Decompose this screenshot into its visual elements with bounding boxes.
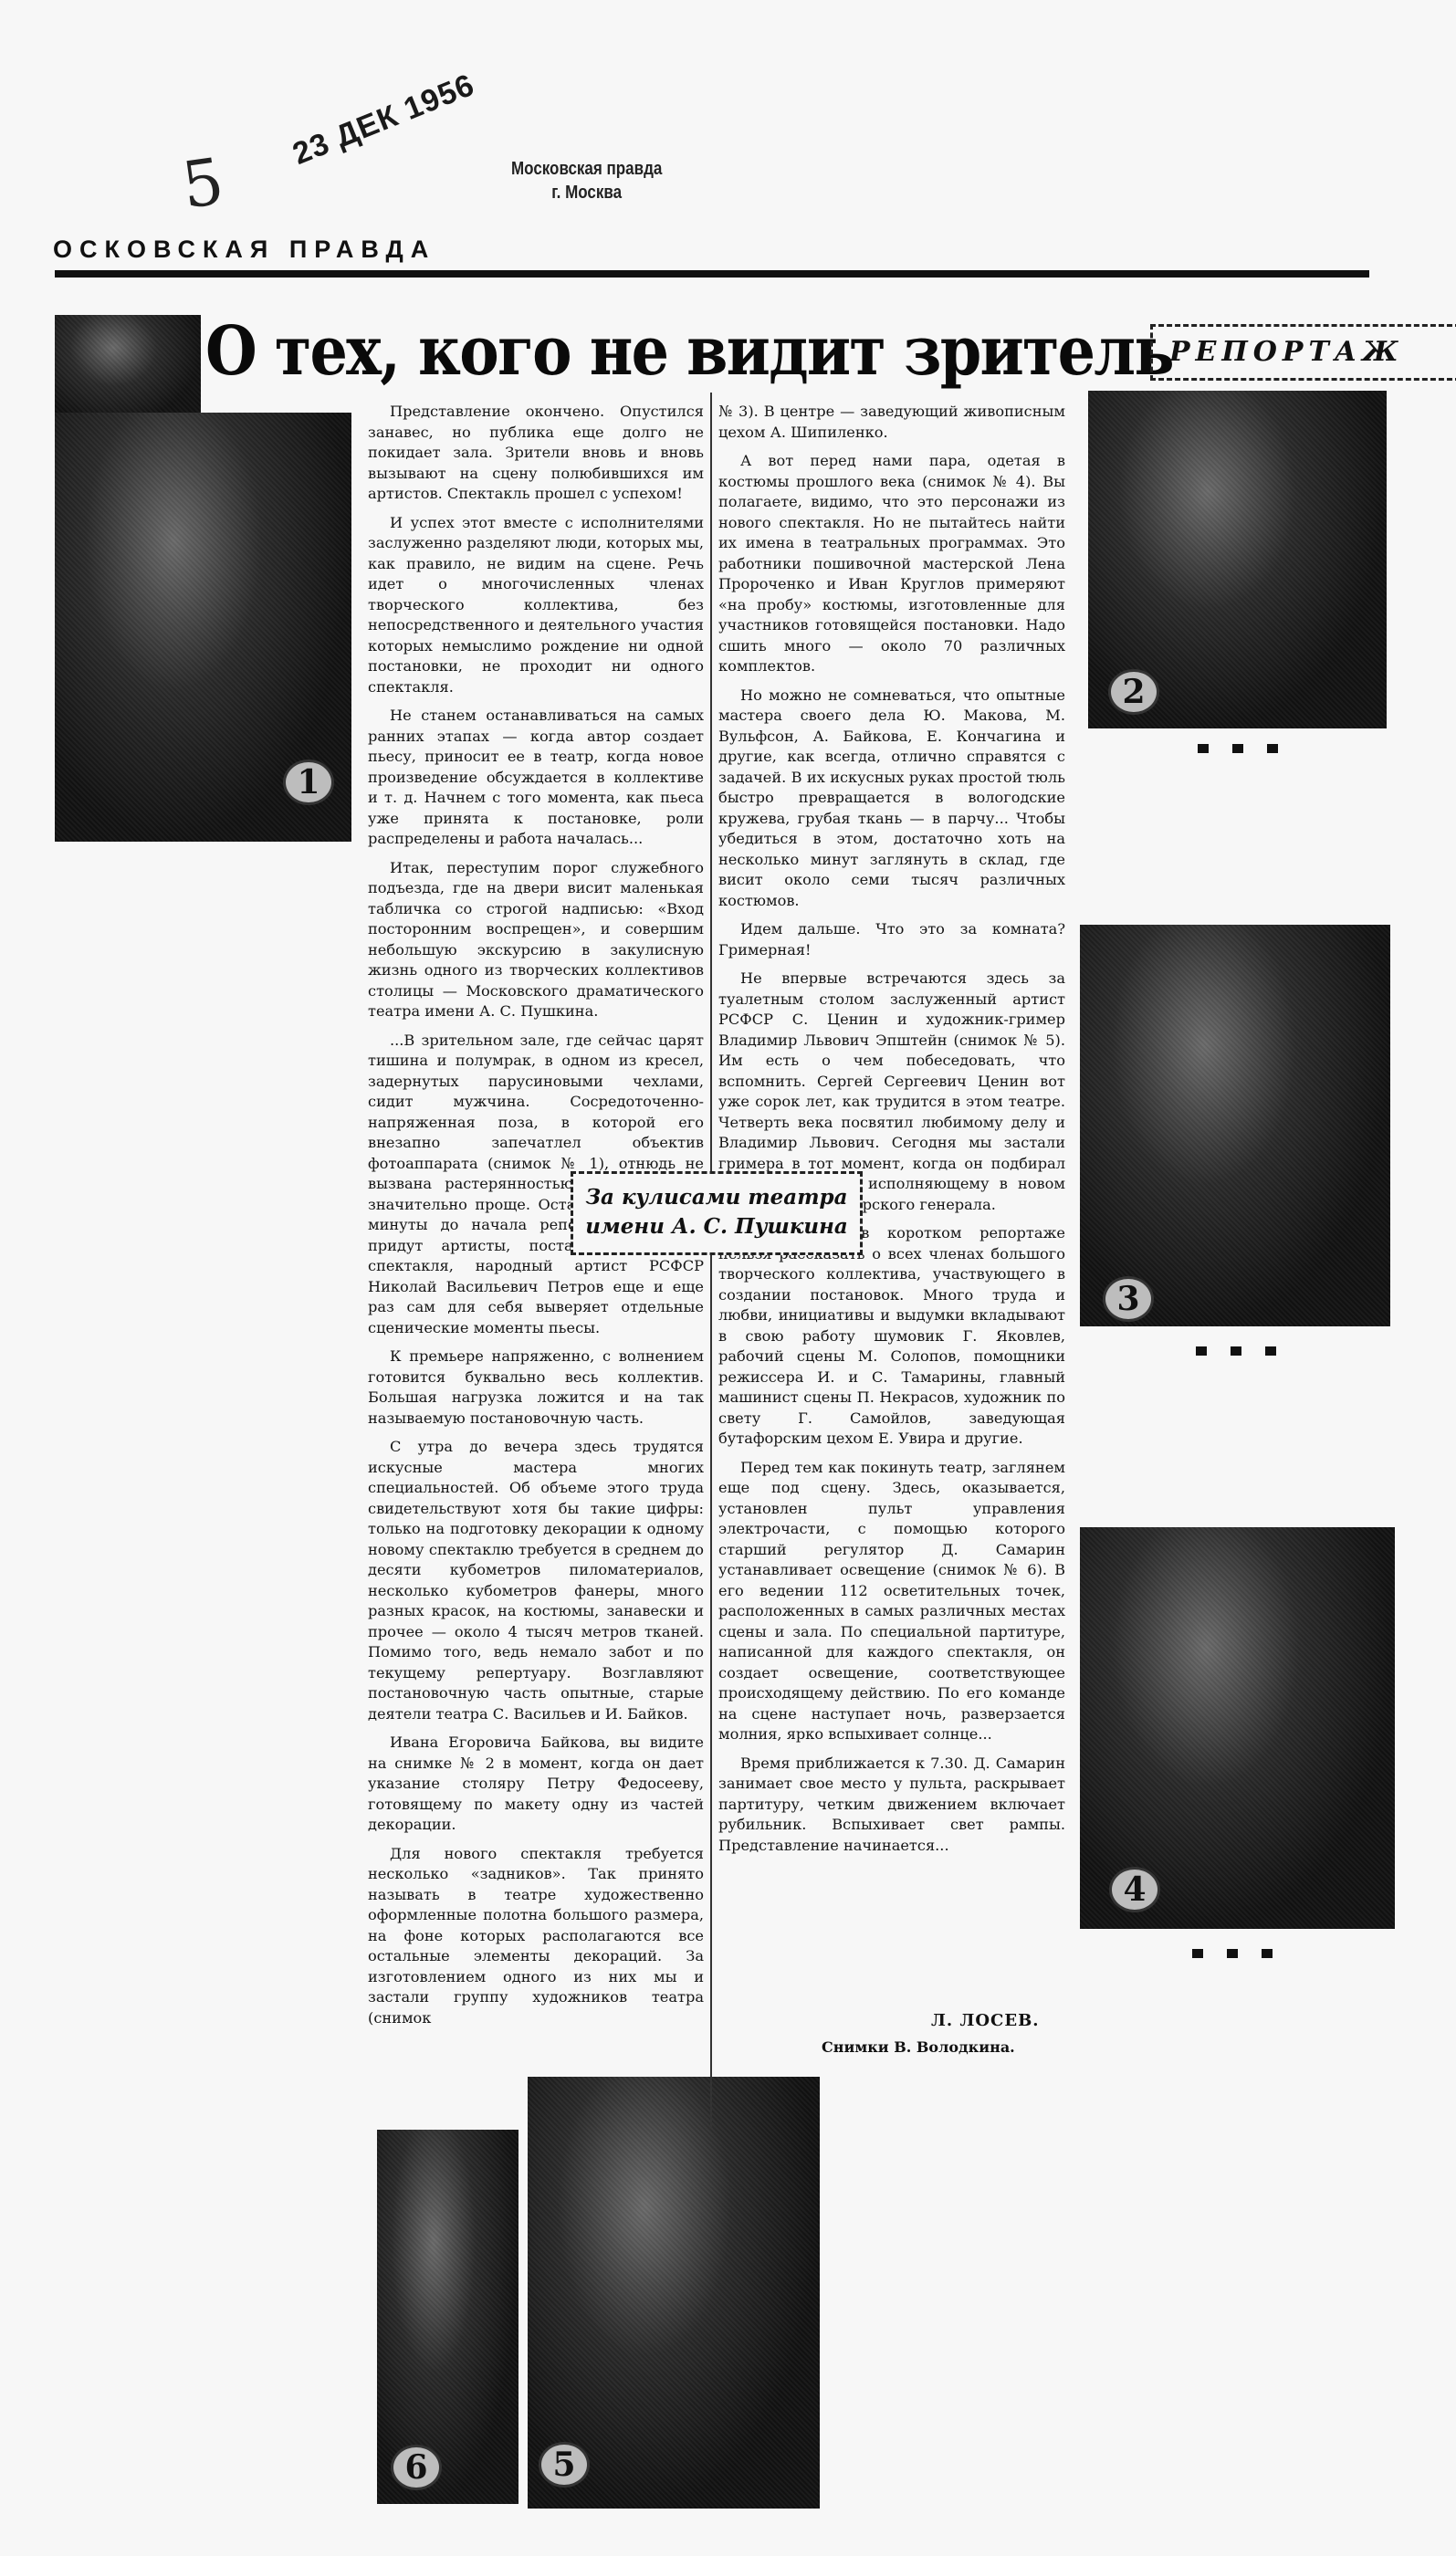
paragraph: Не станем останавливаться на самых ранни… [368, 706, 704, 850]
paragraph: Но можно не сомневаться, что опытные мас… [718, 686, 1065, 912]
paragraph: Идем дальше. Что это за комната? Гримерн… [718, 919, 1065, 960]
section-inset-box: За кулисами театра имени А. С. Пушкина [571, 1171, 863, 1255]
inset-title-line-2: имени А. С. Пушкина [573, 1212, 860, 1241]
photo-5: 5 [528, 2077, 820, 2509]
paragraph: К премьере напряженно, с волнением готов… [368, 1346, 704, 1429]
photo-3: 3 [1080, 925, 1390, 1326]
paragraph: Для нового спектакля требуется несколько… [368, 1844, 704, 2029]
paragraph: Представление окончено. Опустился занаве… [368, 402, 704, 505]
section-separator-dots [1198, 744, 1278, 753]
paragraph: Ивана Егоровича Байкова, вы видите на сн… [368, 1733, 704, 1836]
handwritten-number: 5 [178, 143, 229, 223]
paragraph: И успех этот вместе с исполнителями засл… [368, 513, 704, 698]
newspaper-masthead: ОСКОВСКАЯ ПРАВДА [53, 236, 435, 264]
paragraph: Естественно, в коротком репортаже нельзя… [718, 1223, 1065, 1450]
photo-number-badge: 1 [283, 759, 334, 805]
section-separator-dots [1196, 1346, 1276, 1356]
photo-number-badge: 2 [1108, 669, 1159, 715]
paragraph: Перед тем как покинуть театр, заглянем е… [718, 1458, 1065, 1745]
photo-6: 6 [377, 2130, 519, 2504]
paragraph: Итак, переступим порог служебного подъез… [368, 858, 704, 1022]
column-divider [710, 393, 712, 2127]
paragraph: Время приближается к 7.30. Д. Самарин за… [718, 1754, 1065, 1857]
author-signature: Л. ЛОСЕВ. [931, 2011, 1040, 2030]
source-name: Московская правда [511, 157, 662, 181]
photo-2: 2 [1088, 391, 1387, 728]
masthead-rule [55, 270, 1369, 278]
source-city: г. Москва [511, 181, 662, 204]
rubric-label: РЕПОРТАЖ [1150, 324, 1456, 381]
section-separator-dots [1192, 1949, 1273, 1958]
photo-number-badge: 5 [539, 2442, 590, 2488]
photo-4: 4 [1080, 1527, 1395, 1929]
paragraph: А вот перед нами пара, одетая в костюмы … [718, 451, 1065, 677]
photo-credit: Снимки В. Володкина. [822, 2038, 1015, 2056]
inset-title-line-1: За кулисами театра [573, 1183, 860, 1212]
photo-number-badge: 6 [391, 2445, 442, 2490]
photo-1-main: 1 [55, 413, 351, 842]
source-stamp: Московская правда г. Москва [511, 157, 662, 204]
paragraph: С утра до вечера здесь трудятся искусные… [368, 1437, 704, 1724]
paragraph: № 3). В центре — заведующий живописным ц… [718, 402, 1065, 443]
photo-number-badge: 3 [1103, 1276, 1154, 1322]
photo-number-badge: 4 [1109, 1867, 1160, 1912]
photo-1 [55, 315, 201, 424]
article-headline: О тех, кого не видит зритель [205, 312, 1173, 391]
article-column-2: № 3). В центре — заведующий живописным ц… [718, 402, 1065, 1864]
date-stamp: 23 ДЕК 1956 [288, 68, 479, 173]
